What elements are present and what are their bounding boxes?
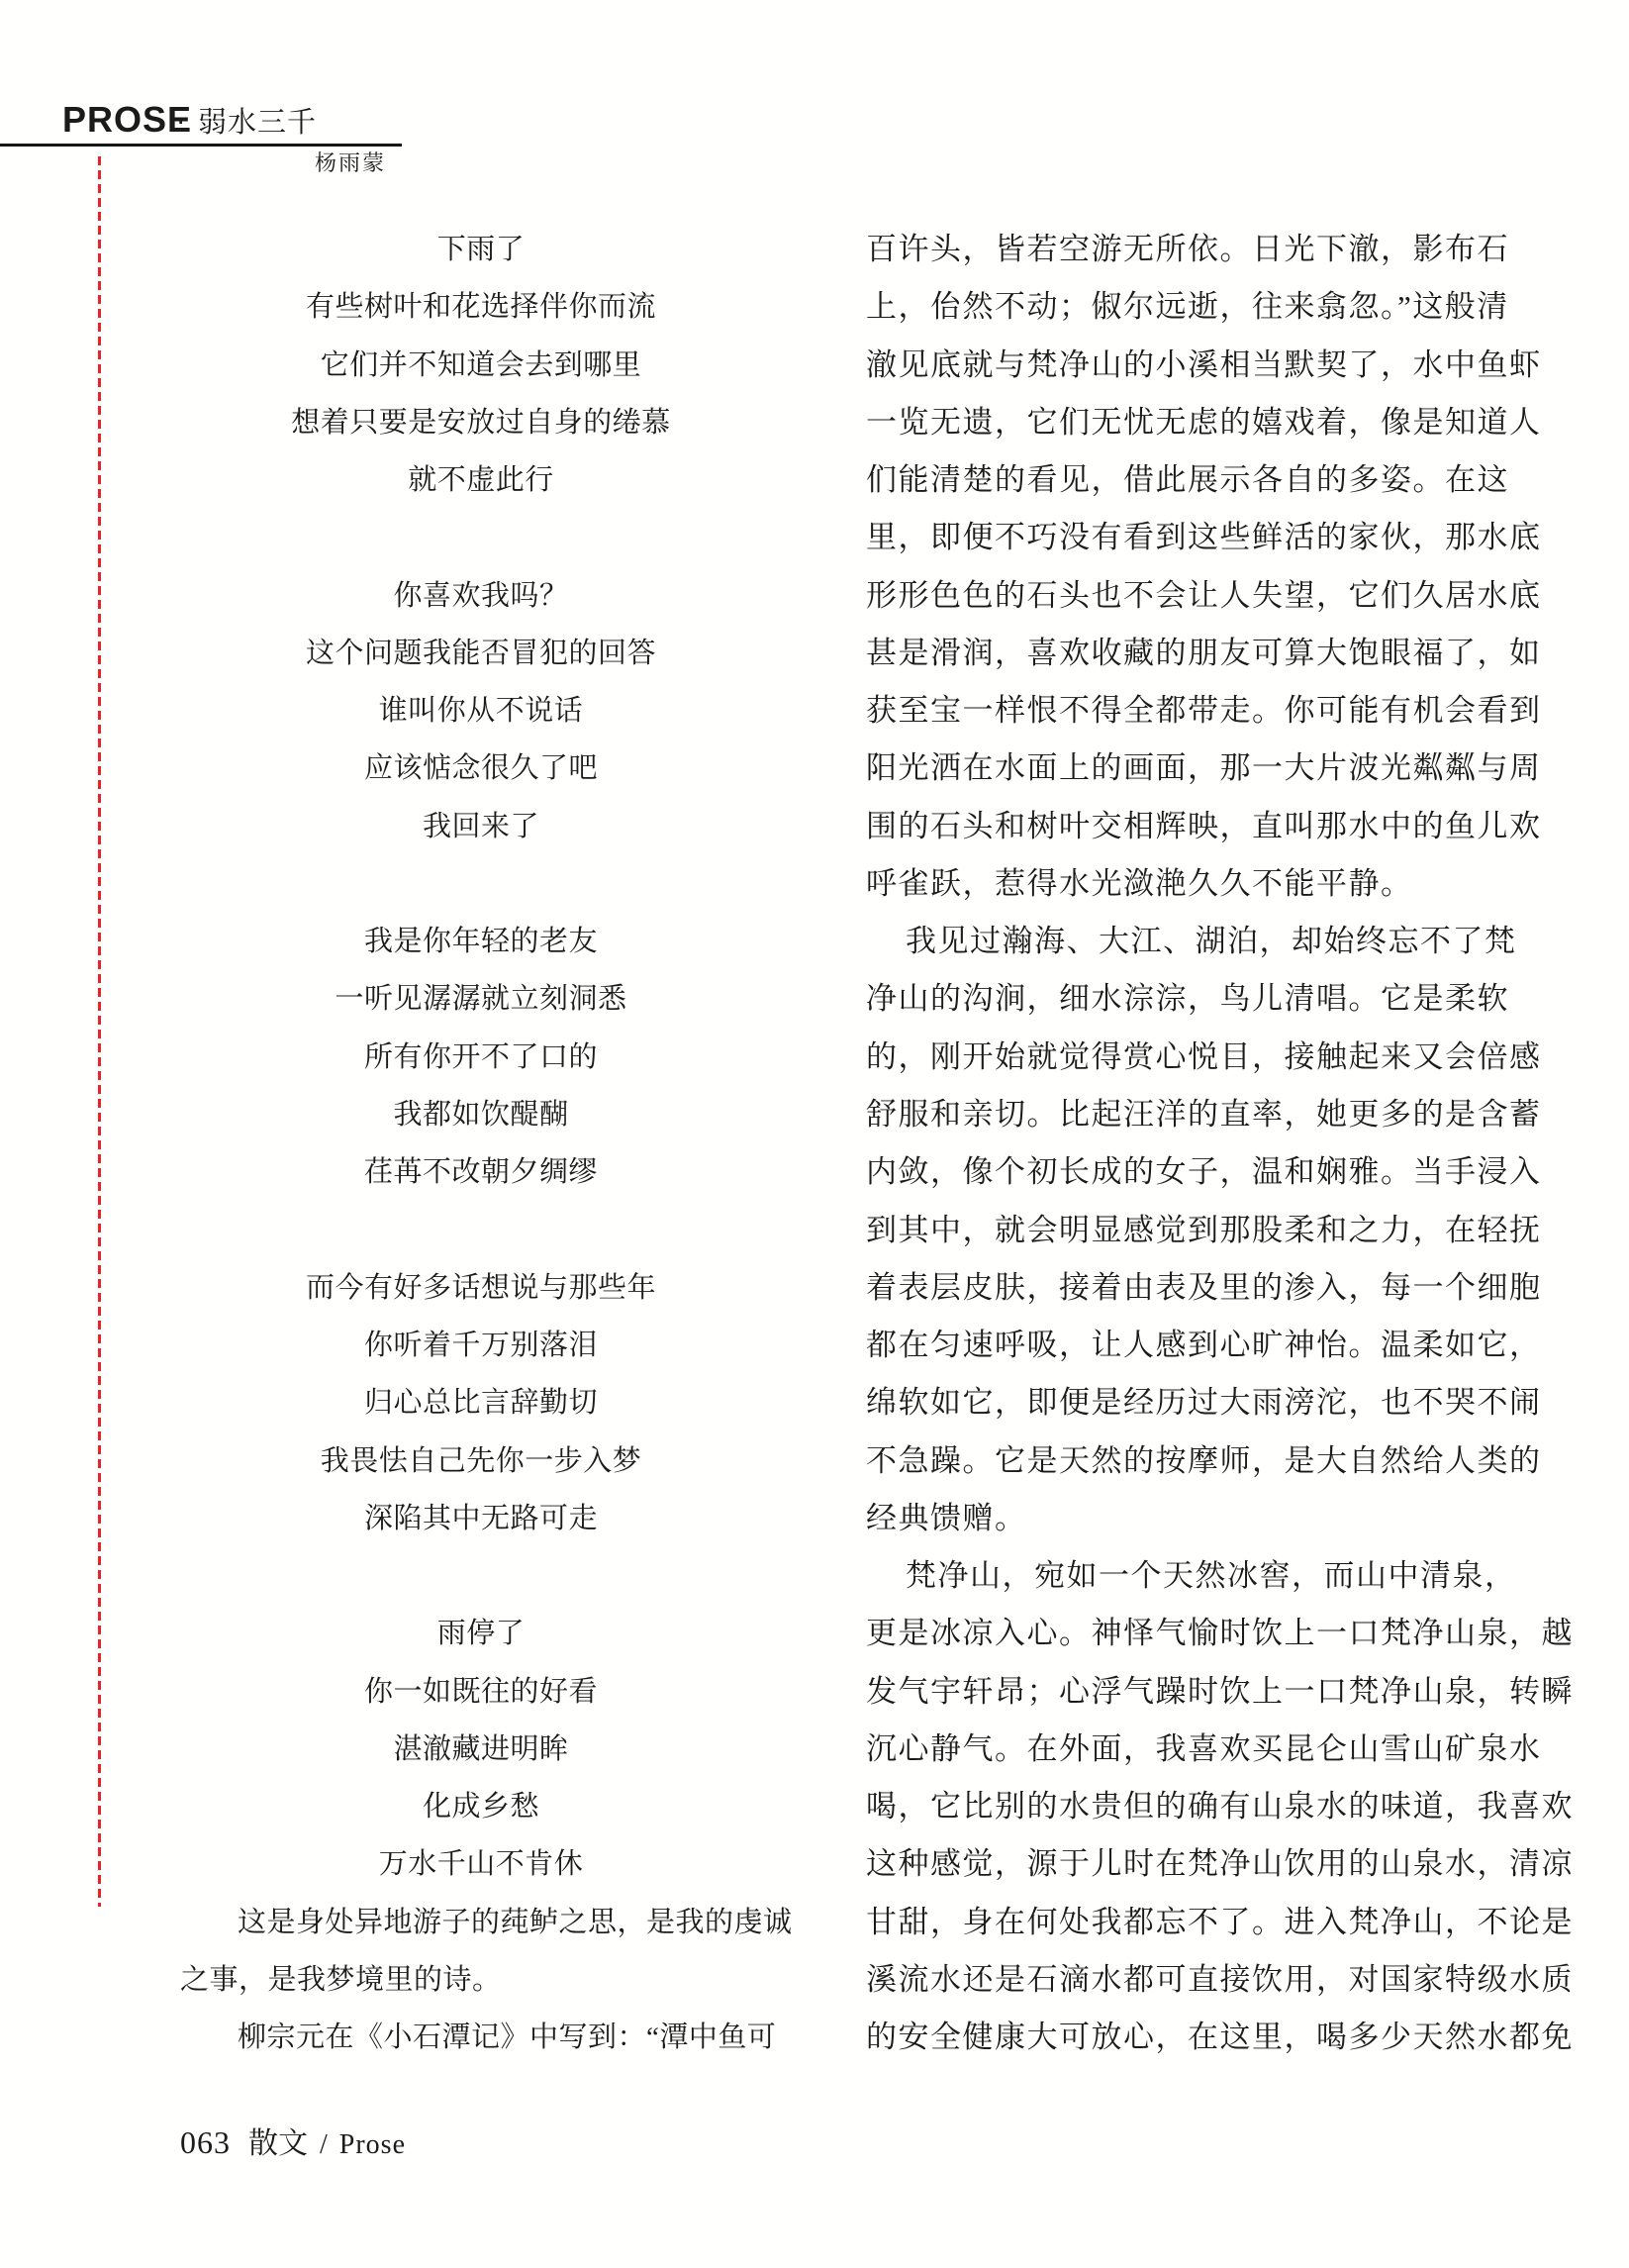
text-line: 深陷其中无路可走 [180, 1490, 782, 1547]
text-line: 的安全健康大可放心，在这里，喝多少天然水都免 [866, 2009, 1514, 2066]
text-line: 一听见潺潺就立刻洞悉 [180, 970, 782, 1028]
text-line: 甚是滑润，喜欢收藏的朋友可算大饱眼福了，如 [866, 625, 1514, 682]
text-line: 发气宇轩昂；心浮气躁时饮上一口梵净山泉，转瞬 [866, 1663, 1514, 1721]
text-line: 不急躁。它是天然的按摩师，是大自然给人类的 [866, 1432, 1514, 1490]
text-line: 着表层皮肤，接着由表及里的渗入，每一个细胞 [866, 1259, 1514, 1317]
text-line: 喝，它比别的水贵但的确有山泉水的味道，我喜欢 [866, 1778, 1514, 1835]
text-line: 归心总比言辞勤切 [180, 1374, 782, 1431]
magazine-page: PROSE · 弱水三千 杨雨蒙 下雨了有些树叶和花选择伴你而流它们并不知道会去… [0, 0, 1629, 2268]
footer-section-cn: 散文 [248, 2119, 308, 2162]
stanza-gap [180, 509, 782, 566]
text-line: 我是你年轻的老友 [180, 913, 782, 970]
footer-separator: / [320, 2129, 328, 2161]
text-line: 有些树叶和花选择伴你而流 [180, 278, 782, 336]
text-line: 它们并不知道会去到哪里 [180, 337, 782, 394]
text-line: 荏苒不改朝夕绸缪 [180, 1143, 782, 1201]
text-line: 这种感觉，源于儿时在梵净山饮用的山泉水，清凉 [866, 1835, 1514, 1893]
text-line: 溪流水还是石滴水都可直接饮用，对国家特级水质 [866, 1951, 1514, 2009]
poem-column: 下雨了有些树叶和花选择伴你而流它们并不知道会去到哪里想着只要是安放过自身的绻慕就… [180, 221, 782, 2067]
text-line: 内敛，像个初长成的女子，温和娴雅。当手浸入 [866, 1143, 1514, 1201]
text-line: 湛澈藏进明眸 [180, 1721, 782, 1778]
text-line: 柳宗元在《小石潭记》中写到：“潭中鱼可 [180, 2009, 782, 2066]
text-line: 形形色色的石头也不会让人失望，它们久居水底 [866, 567, 1514, 625]
text-line: 而今有好多话想说与那些年 [180, 1259, 782, 1317]
text-line: 阳光洒在水面上的画面，那一大片波光粼粼与周 [866, 740, 1514, 797]
prose-column: 百许头，皆若空游无所依。日光下澈，影布石上，佁然不动；俶尔远逝，往来翕忽。”这般… [866, 221, 1514, 2067]
header-separator-dot: · [176, 107, 185, 135]
text-line: 围的石头和树叶交相辉映，直叫那水中的鱼儿欢 [866, 798, 1514, 855]
text-line: 甘甜，身在何处我都忘不了。进入梵净山，不论是 [866, 1894, 1514, 1951]
text-line: 这个问题我能否冒犯的回答 [180, 625, 782, 682]
text-line: 净山的沟涧，细水淙淙，鸟儿清唱。它是柔软 [866, 970, 1514, 1028]
text-line: 化成乡愁 [180, 1778, 782, 1835]
header-rule [0, 144, 402, 147]
text-line: 的，刚开始就觉得赏心悦目，接触起来又会倍感 [866, 1029, 1514, 1086]
text-line: 我见过瀚海、大江、湖泊，却始终忘不了梵 [866, 913, 1514, 970]
text-line: 我畏怯自己先你一步入梦 [180, 1432, 782, 1490]
text-line: 呼雀跃，惹得水光潋滟久久不能平静。 [866, 855, 1514, 913]
text-line: 你一如既往的好看 [180, 1663, 782, 1721]
text-line: 经典馈赠。 [866, 1490, 1514, 1547]
text-line: 到其中，就会明显感觉到那股柔和之力，在轻抚 [866, 1202, 1514, 1259]
stanza-gap [180, 855, 782, 913]
stanza-gap [180, 1202, 782, 1259]
text-line: 想着只要是安放过自身的绻慕 [180, 394, 782, 451]
text-line: 都在匀速呼吸，让人感到心旷神怡。温柔如它， [866, 1317, 1514, 1374]
text-line: 里，即便不巧没有看到这些鲜活的家伙，那水底 [866, 509, 1514, 566]
text-line: 这是身处异地游子的莼鲈之思，是我的虔诚 [180, 1894, 782, 1951]
text-line: 沉心静气。在外面，我喜欢买昆仑山雪山矿泉水 [866, 1721, 1514, 1778]
text-line: 所有你开不了口的 [180, 1029, 782, 1086]
text-line: 我都如饮醍醐 [180, 1086, 782, 1143]
footer-section-en: Prose [339, 2129, 406, 2161]
text-line: 一览无遗，它们无忧无虑的嬉戏着，像是知道人 [866, 394, 1514, 451]
text-line: 万水千山不肯休 [180, 1835, 782, 1893]
text-line: 就不虚此行 [180, 451, 782, 509]
text-line: 澈见底就与梵净山的小溪相当默契了，水中鱼虾 [866, 337, 1514, 394]
text-line: 谁叫你从不说话 [180, 682, 782, 740]
section-label-en: PROSE [62, 102, 192, 138]
text-line: 舒服和亲切。比起汪洋的直率，她更多的是含蓄 [866, 1086, 1514, 1143]
text-line: 百许头，皆若空游无所依。日光下澈，影布石 [866, 221, 1514, 278]
author-name: 杨雨蒙 [315, 150, 386, 176]
column-title: 弱水三千 [198, 109, 317, 138]
text-line: 我回来了 [180, 798, 782, 855]
page-footer: 063 散文 / Prose [180, 2119, 406, 2162]
text-line: 获至宝一样恨不得全都带走。你可能有机会看到 [866, 682, 1514, 740]
text-line: 上，佁然不动；俶尔远逝，往来翕忽。”这般清 [866, 278, 1514, 336]
stanza-gap [180, 1547, 782, 1605]
text-line: 你听着千万别落泪 [180, 1317, 782, 1374]
text-line: 之事，是我梦境里的诗。 [180, 1951, 782, 2009]
text-line: 们能清楚的看见，借此展示各自的多姿。在这 [866, 451, 1514, 509]
binding-guide-line [98, 156, 101, 1907]
text-line: 雨停了 [180, 1605, 782, 1662]
text-line: 梵净山，宛如一个天然冰窖，而山中清泉， [866, 1547, 1514, 1605]
text-line: 绵软如它，即便是经历过大雨滂沱，也不哭不闹 [866, 1374, 1514, 1431]
text-line: 你喜欢我吗？ [180, 567, 782, 625]
page-number: 063 [180, 2124, 231, 2161]
text-line: 应该惦念很久了吧 [180, 740, 782, 797]
text-line: 更是冰凉入心。神怿气愉时饮上一口梵净山泉，越 [866, 1605, 1514, 1662]
text-line: 下雨了 [180, 221, 782, 278]
